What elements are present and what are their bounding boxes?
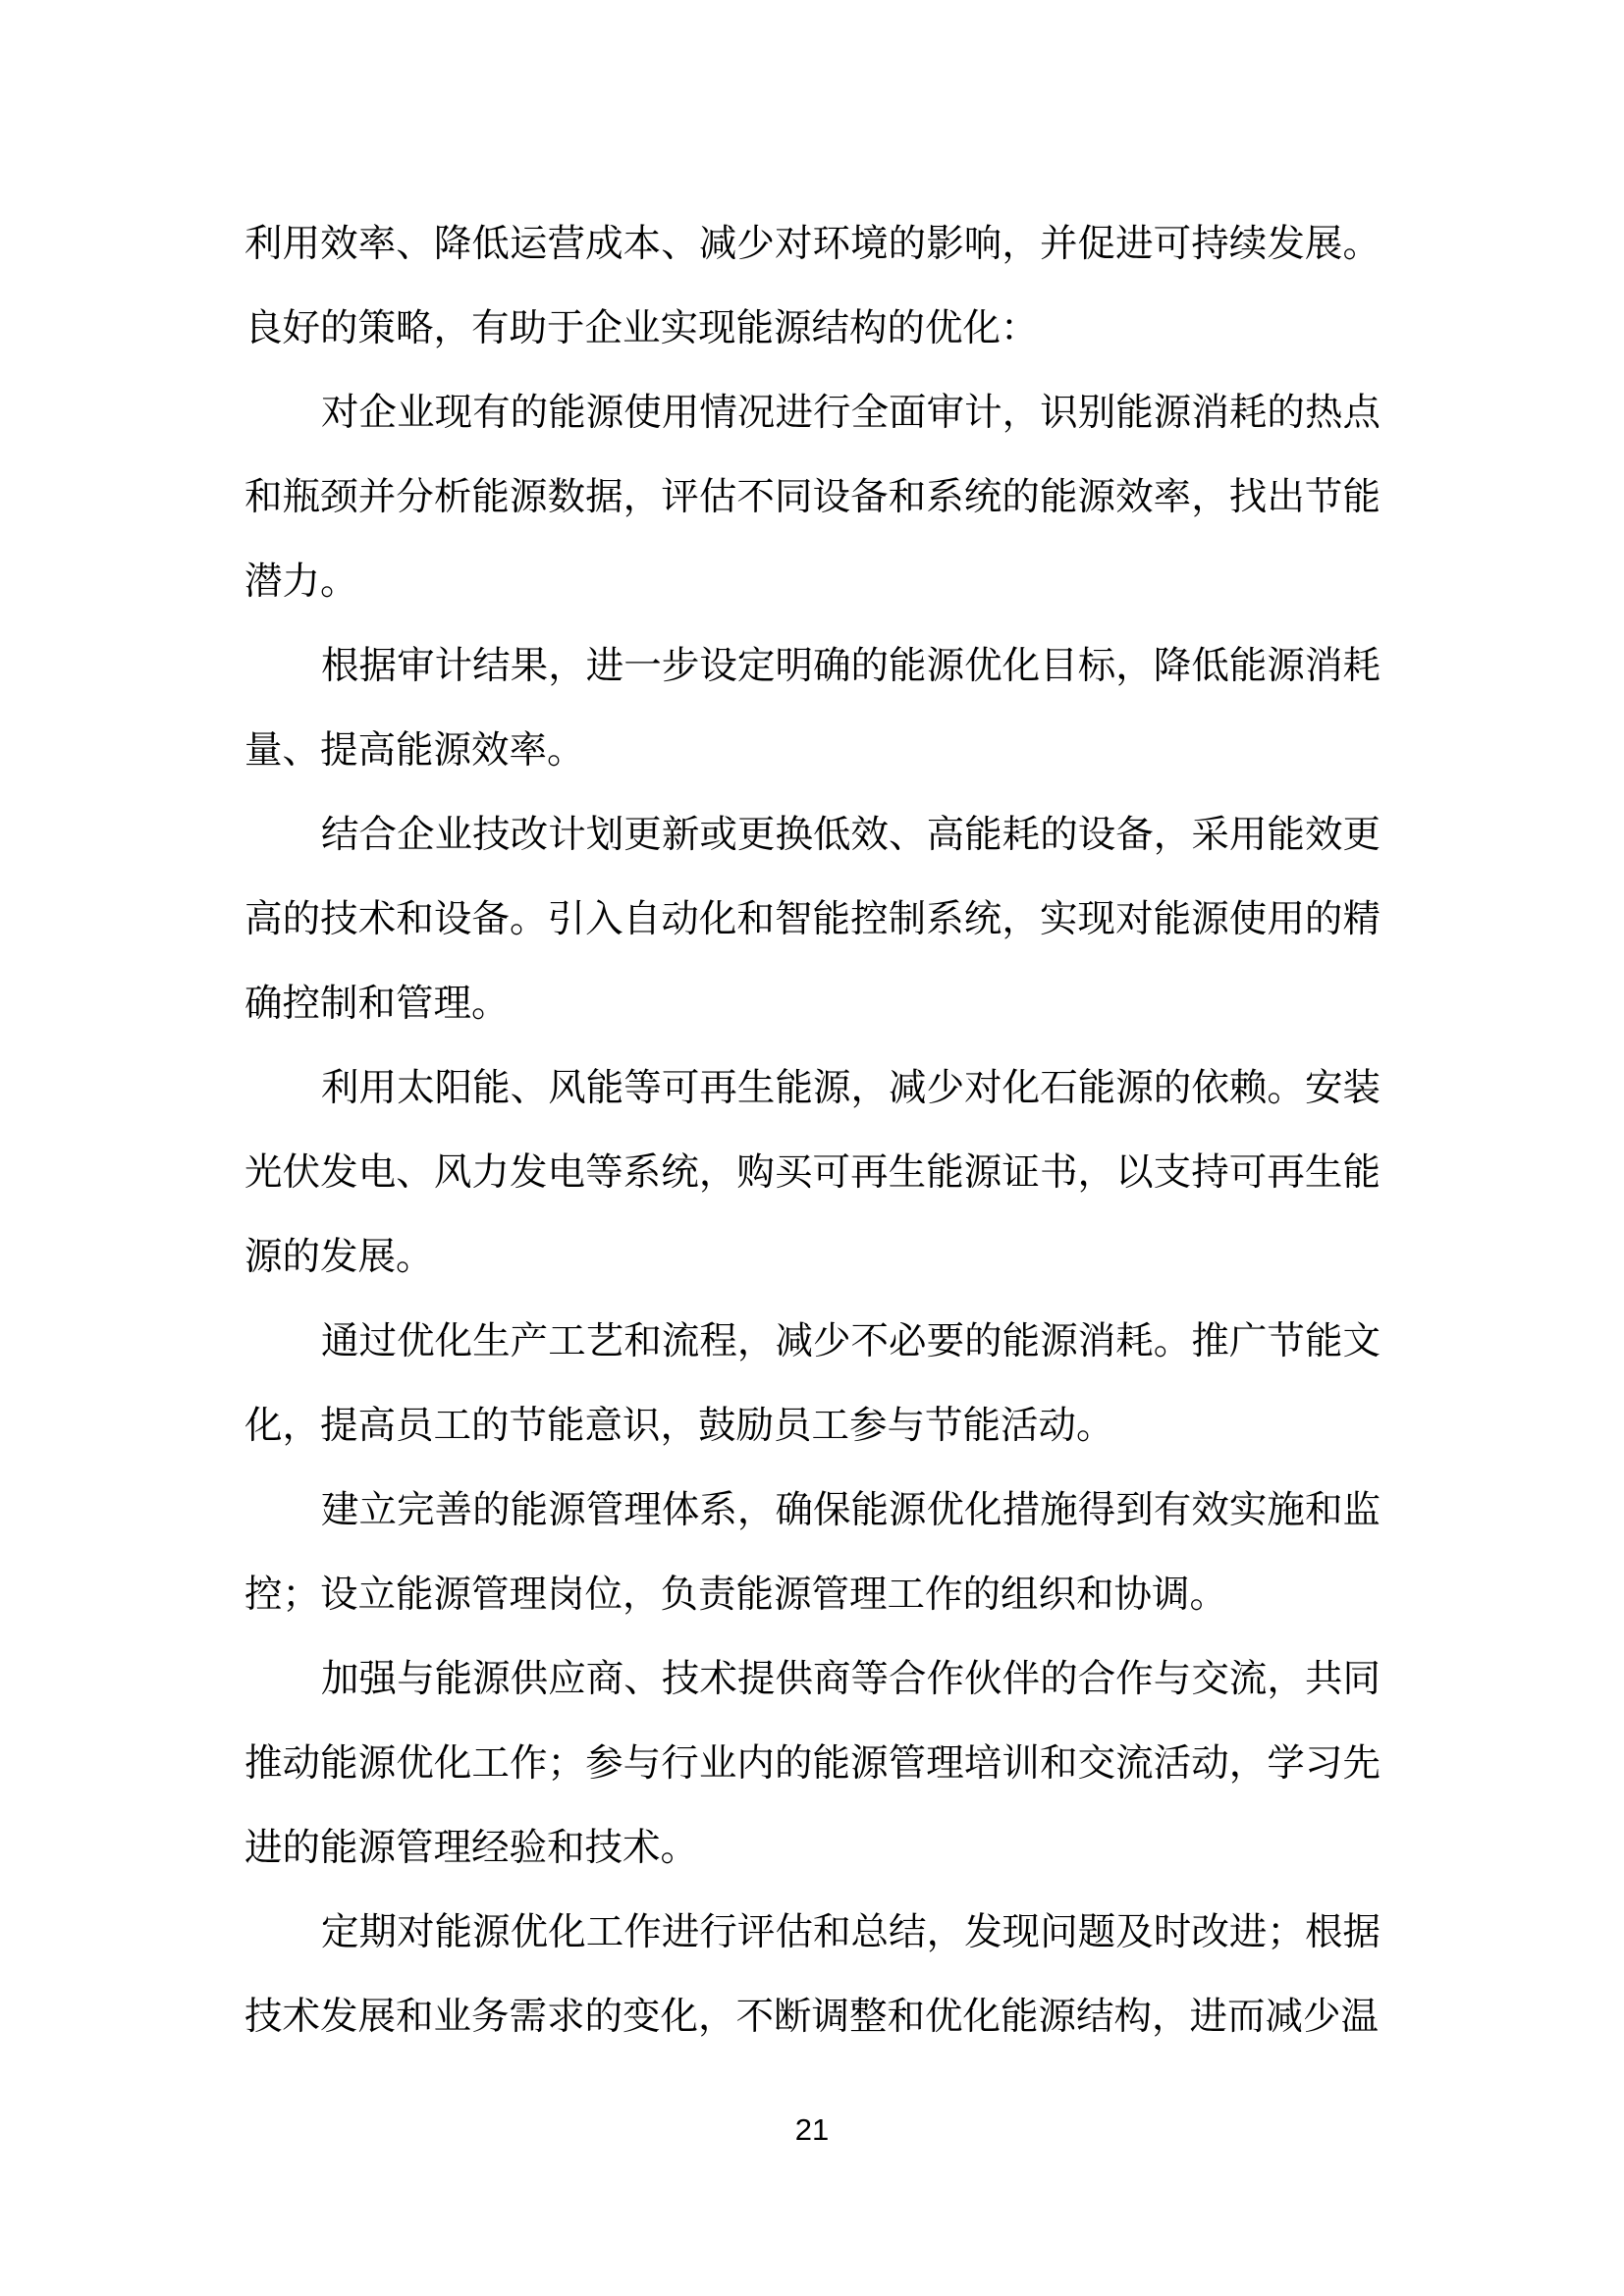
page-number: 21 bbox=[795, 2112, 829, 2147]
paragraph: 通过优化生产工艺和流程，减少不必要的能源消耗。推广节能文化，提高员工的节能意识，… bbox=[244, 1300, 1380, 1468]
page-footer: 21 bbox=[0, 2110, 1624, 2150]
paragraph: 对企业现有的能源使用情况进行全面审计，识别能源消耗的热点和瓶颈并分析能源数据，评… bbox=[244, 371, 1380, 624]
document-page: 利用效率、降低运营成本、减少对环境的影响，并促进可持续发展。良好的策略，有助于企… bbox=[0, 0, 1624, 2296]
document-body: 利用效率、降低运营成本、减少对环境的影响，并促进可持续发展。良好的策略，有助于企… bbox=[244, 202, 1380, 2059]
paragraph: 加强与能源供应商、技术提供商等合作伙伴的合作与交流，共同推动能源优化工作；参与行… bbox=[244, 1637, 1380, 1891]
paragraph: 定期对能源优化工作进行评估和总结，发现问题及时改进；根据技术发展和业务需求的变化… bbox=[244, 1891, 1380, 2059]
paragraph: 结合企业技改计划更新或更换低效、高能耗的设备，采用能效更高的技术和设备。引入自动… bbox=[244, 793, 1380, 1046]
paragraph: 建立完善的能源管理体系，确保能源优化措施得到有效实施和监控；设立能源管理岗位，负… bbox=[244, 1468, 1380, 1637]
paragraph: 利用效率、降低运营成本、减少对环境的影响，并促进可持续发展。良好的策略，有助于企… bbox=[244, 202, 1380, 371]
paragraph: 利用太阳能、风能等可再生能源，减少对化石能源的依赖。安装光伏发电、风力发电等系统… bbox=[244, 1046, 1380, 1300]
paragraph: 根据审计结果，进一步设定明确的能源优化目标，降低能源消耗量、提高能源效率。 bbox=[244, 624, 1380, 793]
